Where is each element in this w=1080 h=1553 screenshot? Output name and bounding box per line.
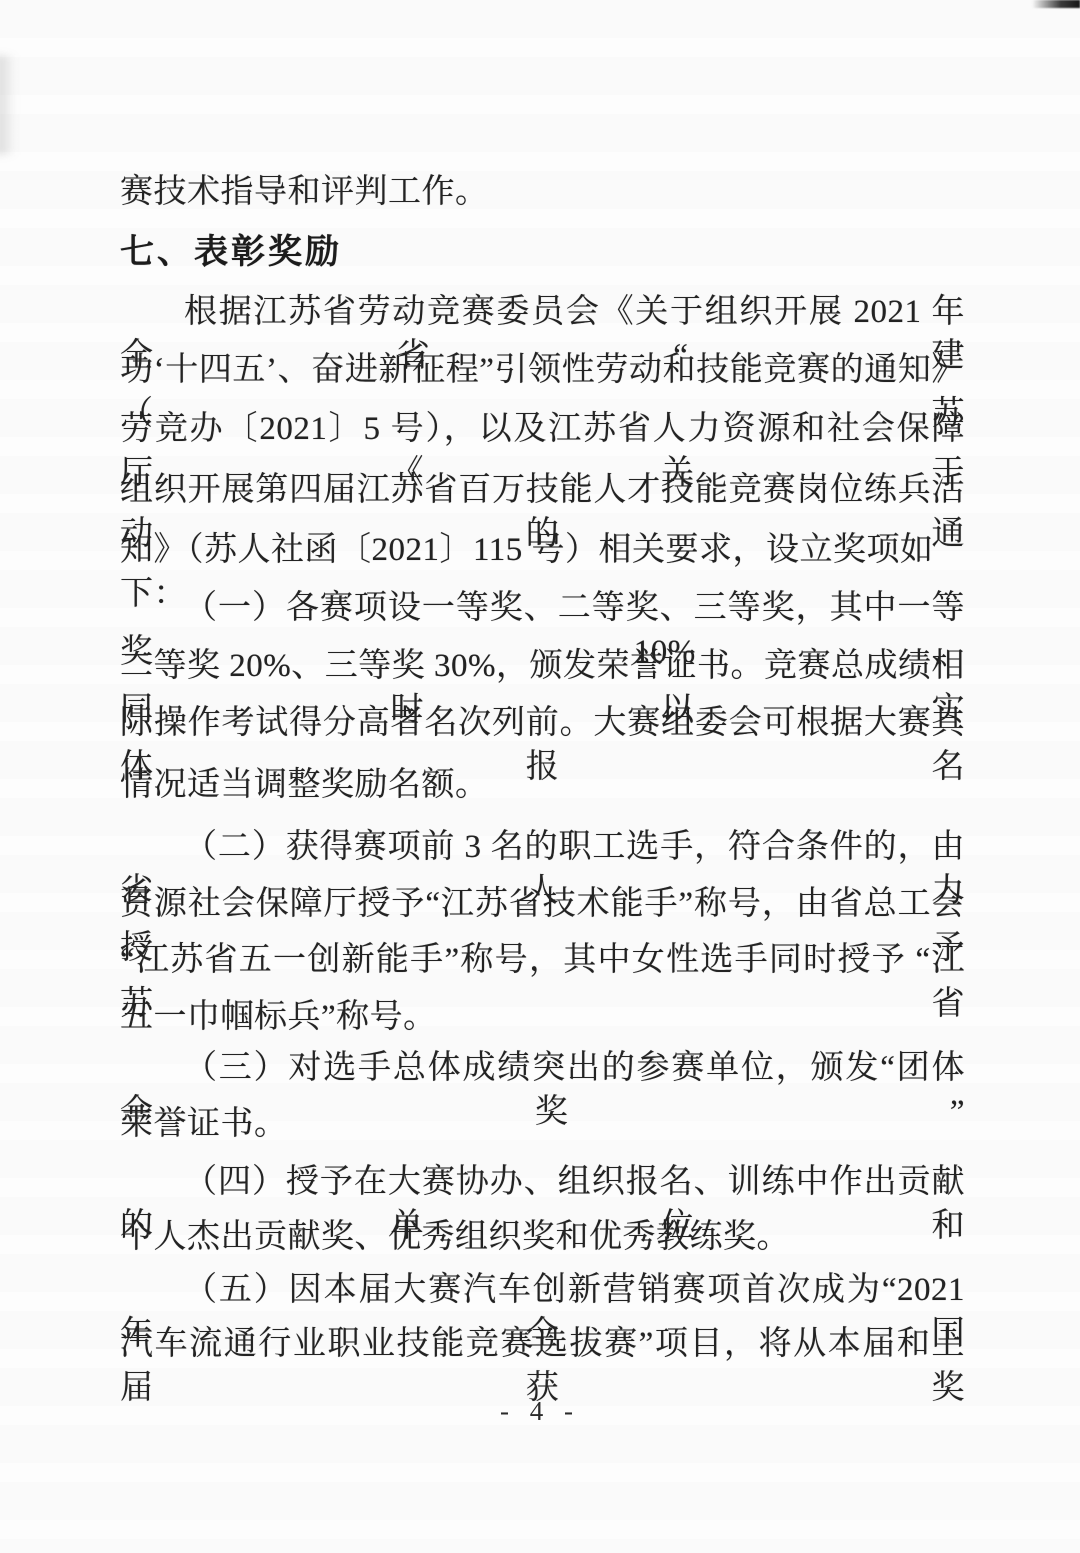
text-line: 情况适当调整奖励名额。 [120,763,965,807]
text-line: 个人杰出贡献奖、优秀组织奖和优秀教练奖。 [120,1215,965,1259]
scan-mark-top-right [1032,0,1080,8]
text-line: 五一巾帼标兵”称号。 [120,995,965,1039]
section-heading: 七、表彰奖励 [120,230,965,274]
text-line: 赛技术指导和评判工作。 [120,170,965,214]
document-page: 赛技术指导和评判工作。 七、表彰奖励 根据江苏省劳动竞赛委员会《关于组织开展 2… [0,0,1080,1553]
page-number: - 4 - [0,1396,1080,1427]
text-line: 荣誉证书。 [120,1102,965,1146]
scan-smudge-left [0,55,16,155]
